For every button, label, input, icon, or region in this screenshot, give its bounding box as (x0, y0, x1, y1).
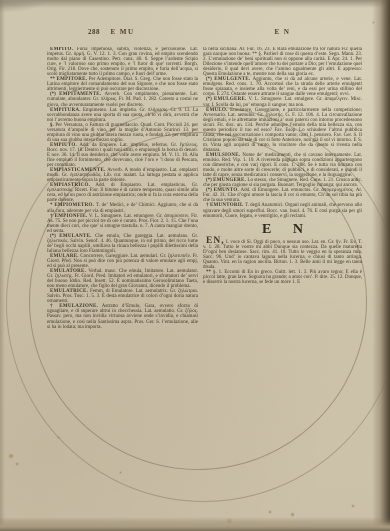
foxing-spot (15, 462, 19, 466)
entry-headword: EMPIOMETRO. (54, 203, 94, 208)
dictionary-entry: † EMUNTORII. T. degli Anatomici. Organi … (203, 203, 362, 218)
foxing-spot (119, 471, 122, 474)
entry-headword: EMPITAMENTE. (59, 92, 101, 97)
dictionary-entry: EMULATRICE. Femm. di Emulatore. Lat. aem… (47, 289, 198, 304)
dictionary-entry: ** §. 1. Eccomi di En in greco. Guitt. l… (203, 270, 362, 285)
dictionary-entry: (*) EMUNGERE. Lo stesso, che Smugnere. R… (203, 178, 362, 188)
entry-marker: (*) (50, 92, 59, 97)
dictionary-entry: EMULATORE. Verbal. masc. Che emula, Imit… (47, 269, 198, 289)
dictionary-entry: * EMPIOMETRO. T. de’ Medici, e de’ Chimi… (47, 203, 198, 213)
page-edge-bottom (0, 517, 390, 531)
entry-marker: † (50, 304, 59, 309)
section-heading: E N (203, 227, 362, 232)
dictionary-entry: ÉMPITO. Furia impetuosa, subita, violenz… (47, 47, 198, 77)
entry-headword: EMULAZIONE. (59, 304, 98, 309)
entry-headword: EMUNTORII. (210, 203, 244, 208)
entry-headword: EMULANTE. (59, 234, 91, 239)
dictionary-entry: EN, I. voce di Sì. Oggi di poco, o nessu… (203, 239, 362, 270)
right-column: la nella siciliana. Ar. Fur. 16. 23. E R… (203, 47, 362, 421)
running-head-right: E N (203, 28, 362, 36)
entry-headword: EMUNGERE. (213, 178, 246, 183)
entry-marker: §. (50, 123, 55, 128)
entry-headword: ÉMPITO. (50, 47, 73, 52)
page-edge-top (0, 0, 390, 8)
foxing-spot (57, 436, 60, 439)
entry-marker: (*) (206, 97, 214, 102)
dictionary-entry: (*) EMUNTO. Add. di Emungere. Lat. emunc… (203, 188, 362, 203)
foxing-spot (225, 518, 234, 524)
dictionary-entry: (*) EMULGENTE. Aggiunto, che si dà ad al… (203, 77, 362, 97)
foxing-spot (372, 21, 375, 24)
running-head-left: E MU (47, 28, 198, 36)
entry-headword: EMUNTO. (214, 188, 239, 193)
dictionary-entry: EMPIUTO. Add. da Empiere. Lat. impletus,… (47, 143, 198, 168)
dictionary-entry: (*) EMULANTE. Che emula, Che gareggia. L… (47, 234, 198, 254)
page-edge-left (0, 0, 5, 531)
dictionary-entry: EMPITURA. Empimento. Lat. impletio. Gr. … (47, 108, 198, 123)
foxing-spot (8, 453, 14, 459)
entry-headword: EMPIASTICAMENTE. (50, 168, 106, 173)
entry-headword: EMPITURA. (50, 108, 81, 113)
entry-headword: EMPITORE. (57, 77, 88, 82)
entry-headword: EMULATRICE. (50, 289, 88, 294)
dictionary-entry: (*) EMULGERE. V. L. Smugnere. Lat. emulg… (203, 97, 362, 107)
entry-headword: EMULGERE. (214, 97, 247, 102)
entry-headword: EMPIASTRICO. (50, 183, 90, 188)
entry-marker: (*) (206, 188, 214, 193)
entry-marker: ** (206, 270, 213, 275)
dictionary-entry: † EMULAZIONE. Astratto d’Emulo, Gara, ov… (47, 304, 198, 329)
dictionary-entry: EMULSIONE. Nome de’ medicamenti, che si … (203, 153, 362, 178)
entry-marker: (*) (50, 234, 59, 239)
foxing-spot (268, 510, 272, 514)
entry-headword: EMULSIONE. (206, 153, 240, 158)
dictionary-entry: EMPIASTRICO. Add. di Empiastro. Lat. emp… (47, 183, 198, 203)
scanned-page: 288 E MU E N ÉMPITO. Furia impetuosa, su… (0, 0, 390, 531)
foxing-spot (290, 512, 295, 517)
entry-headword: EN, (206, 236, 225, 246)
dictionary-entry: (*) EMPITAMENTE. Avverb. Con empimento, … (47, 92, 198, 107)
foxing-spot (351, 504, 355, 508)
entry-headword: EMPIONFIE. (55, 214, 88, 219)
dictionary-entry: ÉMULO. Emulatore, Gareggiante, e partico… (203, 108, 362, 153)
dictionary-entry: EMPIASTICAMENTE. Avverb. A modo d’empias… (47, 168, 198, 183)
dictionary-entry: ** EMPITORE. Per Adempitore. Dial. S. Gr… (47, 77, 198, 92)
dictionary-entry: §. Per Versatura, o Fattura di guarnella… (47, 123, 198, 143)
dictionary-entry: † EMPIONFIE. V. L. Smugnere. Lat. emunge… (47, 214, 198, 234)
entry-headword: ÉMULO. (206, 108, 228, 113)
dictionary-entry: la nella siciliana. Ar. Fur. 16. 23. E R… (203, 47, 362, 77)
entry-headword: EMPIUTO. (50, 143, 77, 148)
entry-headword: EMULGENTE. (214, 77, 250, 82)
entry-marker: (*) (206, 77, 214, 82)
entry-headword: EMULATORE. (50, 269, 86, 274)
entry-headword: EMULARE. (50, 254, 79, 259)
dictionary-entry: EMULARE. Concorrere, Gareggiare. Lat. ae… (47, 254, 198, 269)
left-column: ÉMPITO. Furia impetuosa, subita, violenz… (47, 47, 198, 421)
page-corner-shadow (0, 0, 46, 12)
page-edge-right (372, 0, 390, 531)
